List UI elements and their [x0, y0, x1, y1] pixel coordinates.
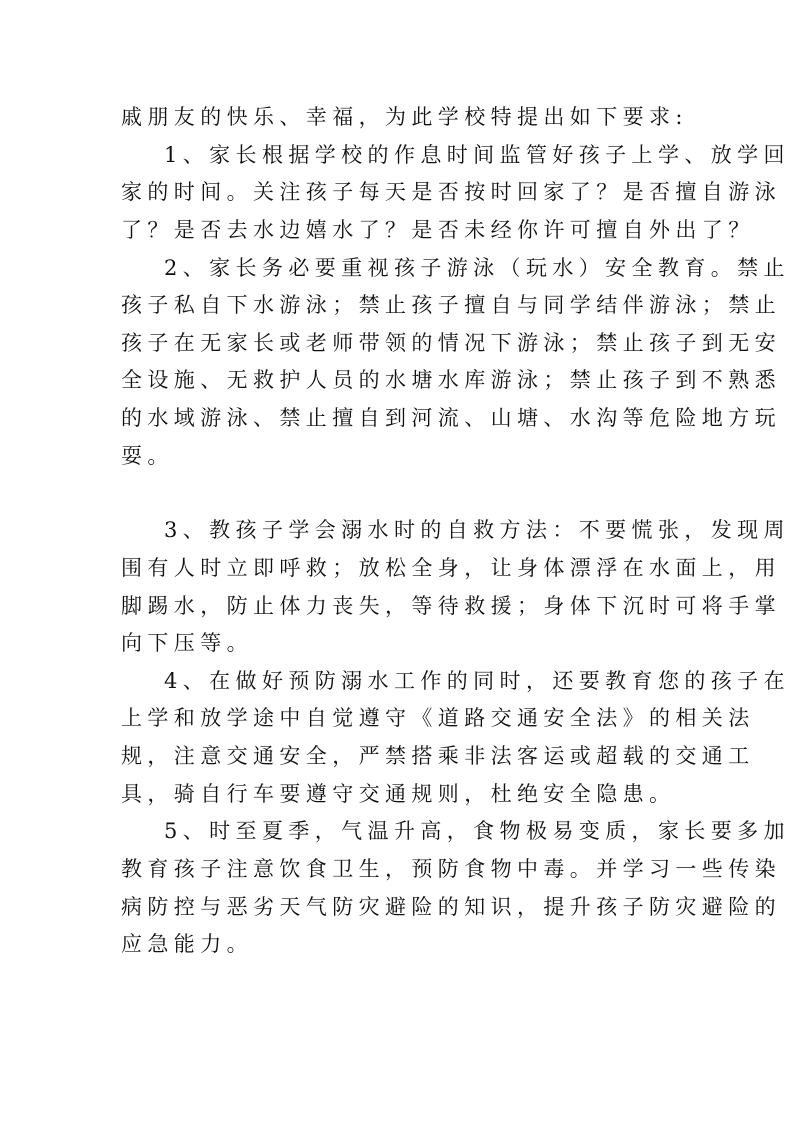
text-line: 脚踢水，防止体力丧失，等待救援；身体下沉时可将手掌 [121, 591, 681, 621]
text-line: 病防控与恶劣天气防灾避险的知识，提升孩子防灾避险的 [121, 892, 681, 922]
document-page: 戚朋友的快乐、幸福，为此学校特提出如下要求: 1、家长根据学校的作息时间监管好孩… [0, 0, 793, 1122]
text-line: 围有人时立即呼救；放松全身，让身体漂浮在水面上，用 [121, 553, 681, 583]
text-line: 上学和放学途中自觉遵守《道路交通安全法》的相关法 [121, 703, 681, 733]
text-line: 耍。 [121, 441, 681, 471]
text-line: 3、教孩子学会溺水时的自救方法：不要慌张，发现周 [164, 515, 724, 545]
text-line: 全设施、无救护人员的水塘水库游泳；禁止孩子到不熟悉 [121, 365, 681, 395]
text-line: 2、家长务必要重视孩子游泳（玩水）安全教育。禁止 [164, 253, 724, 283]
text-line: 孩子私自下水游泳；禁止孩子擅自与同学结伴游泳；禁止 [121, 290, 681, 320]
text-line: 向下压等。 [121, 628, 681, 658]
text-line: 1、家长根据学校的作息时间监管好孩子上学、放学回 [164, 140, 724, 170]
text-line: 应急能力。 [121, 929, 681, 959]
text-line: 具，骑自行车要遵守交通规则，杜绝安全隐患。 [121, 779, 681, 809]
text-line: 的水域游泳、禁止擅自到河流、山塘、水沟等危险地方玩 [121, 403, 681, 433]
text-line: 孩子在无家长或老师带领的情况下游泳；禁止孩子到无安 [121, 328, 681, 358]
text-line: 4、在做好预防溺水工作的同时，还要教育您的孩子在 [164, 666, 724, 696]
text-line: 5、时至夏季，气温升高，食物极易变质，家长要多加 [164, 816, 724, 846]
text-line: 戚朋友的快乐、幸福，为此学校特提出如下要求: [121, 102, 681, 132]
text-line: 了？是否去水边嬉水了？是否未经你许可擅自外出了？ [121, 215, 681, 245]
text-line: 家的时间。关注孩子每天是否按时回家了？是否擅自游泳 [121, 177, 681, 207]
text-line: 教育孩子注意饮食卫生，预防食物中毒。并学习一些传染 [121, 854, 681, 884]
text-line: 规，注意交通安全，严禁搭乘非法客运或超载的交通工 [121, 741, 681, 771]
